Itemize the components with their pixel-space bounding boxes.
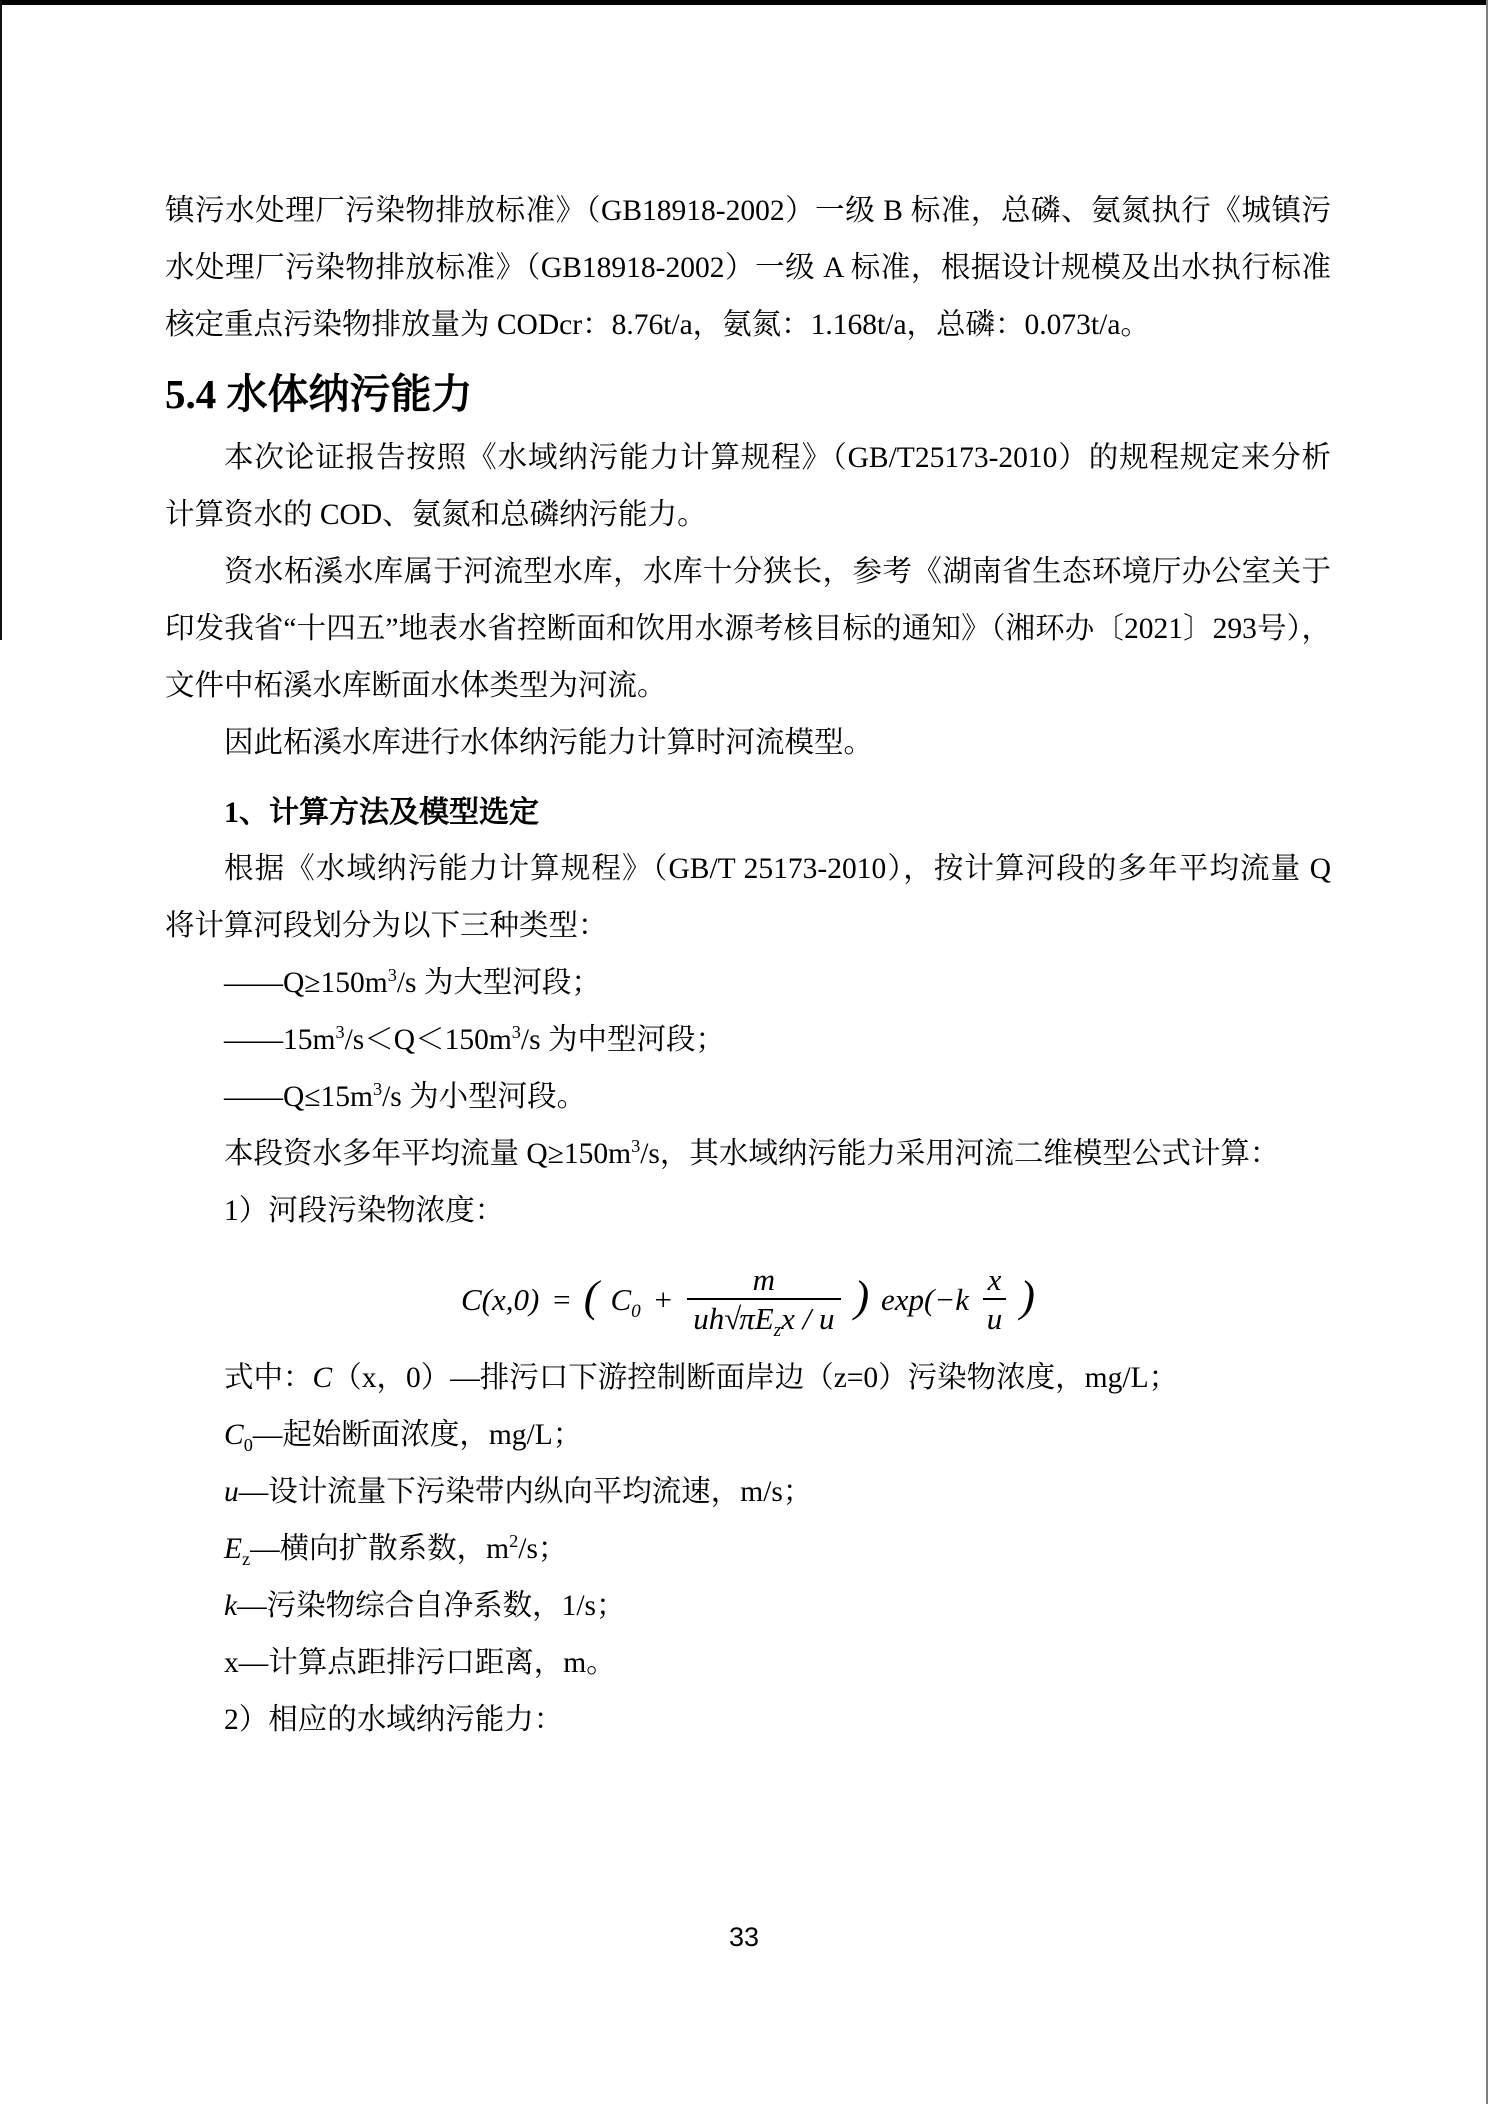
definition-x: x—计算点距排污口距离，m。 [165, 1635, 1331, 1692]
paragraph-report-basis: 本次论证报告按照《水域纳污能力计算规程》（GB/T25173-2010）的规程规… [165, 430, 1331, 544]
formula-lhs: C(x,0) [461, 1281, 539, 1318]
page-top-border [0, 0, 1488, 5]
paragraph-conclusion-river-model: 因此柘溪水库进行水体纳污能力计算时河流模型。 [165, 715, 1331, 772]
formula-equals: = [551, 1281, 572, 1318]
formula-open-paren: ( [584, 1270, 599, 1324]
formula-close-paren: ) [854, 1270, 869, 1324]
page-number: 33 [0, 1922, 1488, 1953]
definition-u: u—设计流量下污染带内纵向平均流速，m/s； [165, 1464, 1331, 1521]
formula-exp-close-paren: ) [1020, 1270, 1035, 1324]
formula-main-fraction: m uh√πEzx / u [687, 1262, 840, 1336]
definition-k: k—污染物综合自净系数，1/s； [165, 1578, 1331, 1635]
radicand: πEzx / u [739, 1298, 834, 1336]
formula-c0-term: C0 [610, 1281, 640, 1318]
document-page: { "page": { "number": "33" }, "content":… [0, 0, 1488, 2104]
formula-denominator: uh√πEzx / u [687, 1298, 840, 1337]
definition-cx0: 式中：C（x，0）—排污口下游控制断面岸边（z=0）污染物浓度，mg/L； [165, 1350, 1331, 1407]
formula-exp-part: exp(−k [881, 1281, 969, 1318]
list-item-medium-river: ——15m3/s＜Q＜150m3/s 为中型河段； [165, 1012, 1331, 1069]
page-left-border [0, 0, 2, 640]
definition-ez: Ez—横向扩散系数，m2/s； [165, 1521, 1331, 1578]
sub-heading-method-selection: 1、计算方法及模型选定 [165, 784, 1331, 841]
formula-river-2d-concentration: C(x,0) = ( C0 + m uh√πEzx / u ) exp(−k x… [165, 1262, 1331, 1336]
definition-c0: C0—起始断面浓度，mg/L； [165, 1407, 1331, 1464]
paragraph-discharge-standards: 镇污水处理厂污染物排放标准》（GB18918-2002）一级 B 标准，总磷、氨… [165, 183, 1331, 354]
paragraph-reservoir-description: 资水柘溪水库属于河流型水库，水库十分狭长，参考《湖南省生态环境厅办公室关于印发我… [165, 544, 1331, 715]
formula-plus: + [653, 1281, 674, 1318]
section-heading-5-4: 5.4 水体纳污能力 [165, 358, 1331, 430]
radical-sign: √ [724, 1301, 739, 1336]
paragraph-concentration-label: 1）河段污染物浓度： [165, 1183, 1331, 1240]
formula-numerator: m [743, 1262, 785, 1298]
paragraph-capacity-label: 2）相应的水域纳污能力： [165, 1692, 1331, 1749]
list-item-large-river: ——Q≥150m3/s 为大型河段； [165, 955, 1331, 1012]
paragraph-model-choice: 本段资水多年平均流量 Q≥150m3/s，其水域纳污能力采用河流二维模型公式计算… [165, 1126, 1331, 1183]
paragraph-method-basis: 根据《水域纳污能力计算规程》（GB/T 25173-2010），按计算河段的多年… [165, 841, 1331, 955]
formula-exp-fraction: x u [983, 1262, 1007, 1336]
document-body: 镇污水处理厂污染物排放标准》（GB18918-2002）一级 B 标准，总磷、氨… [165, 183, 1331, 1749]
list-item-small-river: ——Q≤15m3/s 为小型河段。 [165, 1069, 1331, 1126]
